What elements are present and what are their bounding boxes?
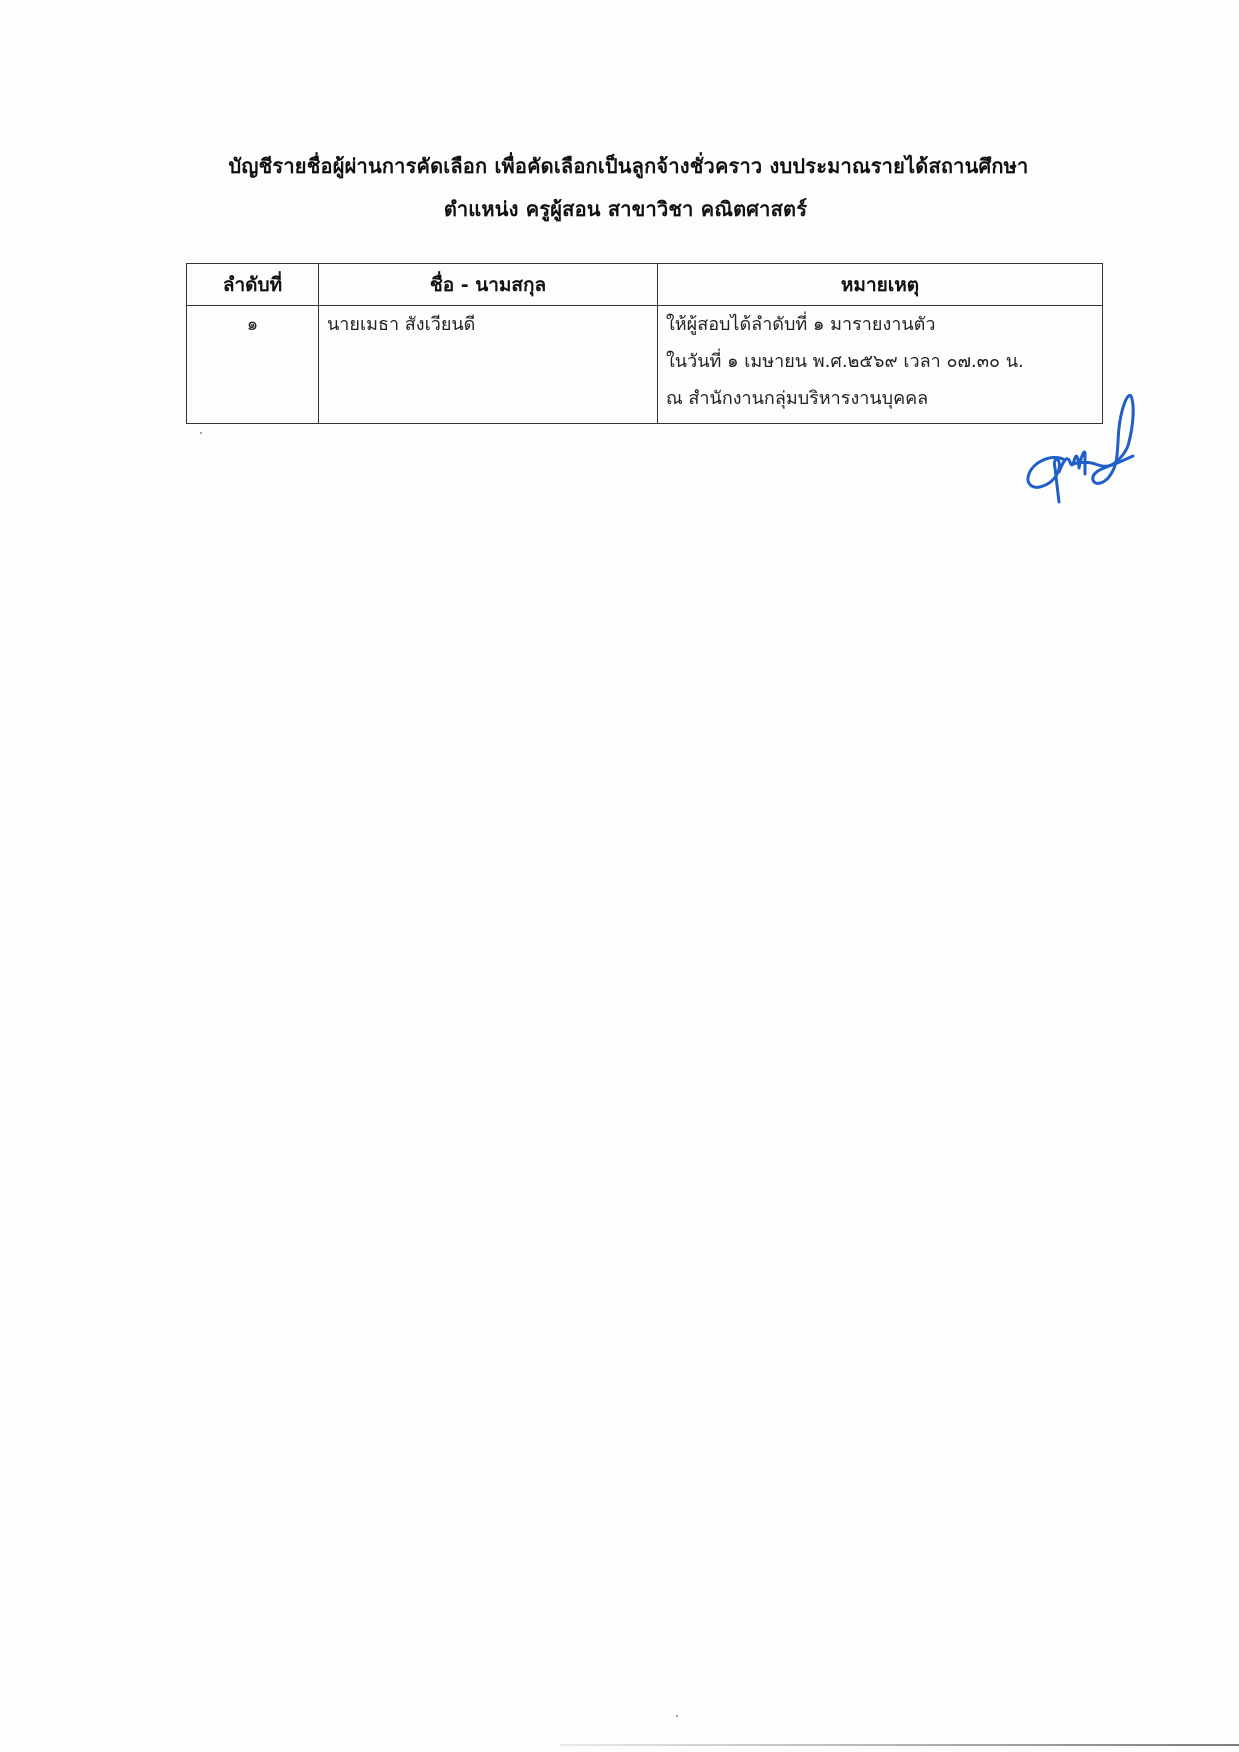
header-name: ชื่อ - นามสกุล [319, 264, 658, 306]
remark-line-1: ให้ผู้สอบได้ลำดับที่ ๑ มารายงานตัว [666, 306, 1094, 343]
signature-icon [1015, 392, 1150, 517]
remark-line-2: ในวันที่ ๑ เมษายน พ.ศ.๒๕๖๙ เวลา ๐๗.๓๐ น. [666, 343, 1094, 380]
document-page: บัญชีรายชื่อผู้ผ่านการคัดเลือก เพื่อคัดเ… [0, 0, 1239, 1752]
table-row: ๑ นายเมธา สังเวียนดี ให้ผู้สอบได้ลำดับที… [187, 306, 1103, 424]
document-title-line-2: ตำแหน่ง ครูผู้สอน สาขาวิชา คณิตศาสตร์ [0, 193, 1239, 225]
scan-speck [676, 1715, 678, 1717]
row-order: ๑ [187, 306, 319, 424]
scan-edge-line [560, 1744, 1239, 1746]
header-remark: หมายเหตุ [658, 264, 1103, 306]
table-header-row: ลำดับที่ ชื่อ - นามสกุล หมายเหตุ [187, 264, 1103, 306]
scan-speck [200, 432, 202, 434]
header-order: ลำดับที่ [187, 264, 319, 306]
document-title-line-1: บัญชีรายชื่อผู้ผ่านการคัดเลือก เพื่อคัดเ… [0, 150, 1239, 182]
candidate-table: ลำดับที่ ชื่อ - นามสกุล หมายเหตุ ๑ นายเม… [186, 263, 1103, 424]
row-name: นายเมธา สังเวียนดี [319, 306, 658, 424]
